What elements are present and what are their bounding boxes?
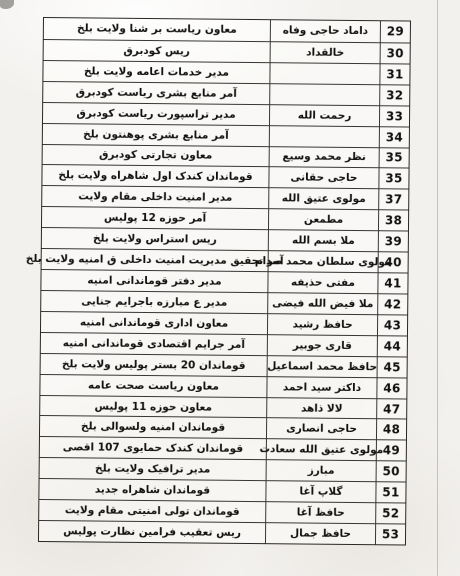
position-cell: مدیر ع مبارزه باجرایم جنایی bbox=[41, 291, 267, 313]
position-cell: آمر منابع بشری ریاست کودبرق bbox=[43, 82, 269, 104]
row-number-cell: 41 bbox=[377, 273, 407, 293]
position-cell: قوماندان کندک حمایوی 107 اقصی bbox=[40, 437, 266, 459]
name-cell: ملا بسم الله bbox=[268, 230, 378, 251]
name-cell: نظر محمد وسیع bbox=[269, 147, 379, 168]
name-cell: حافظ رشید bbox=[267, 314, 377, 335]
position-cell: مدیر ترافیک ولایت بلخ bbox=[40, 458, 266, 480]
row-number-cell: 49 bbox=[376, 441, 406, 461]
name-cell: حافظ محمد اسماعیل bbox=[267, 356, 377, 377]
row-number-cell: 32 bbox=[379, 85, 409, 105]
position-cell: معاون ریاست بر شنا ولایت بلخ bbox=[44, 18, 270, 41]
name-cell: رحمت الله bbox=[269, 105, 379, 126]
officials-table: معاون ریاست بر شنا ولایت بلخ داماد حاجی … bbox=[38, 17, 411, 546]
position-cell: ریس تعقیب فرامین نظارت پولیس bbox=[39, 521, 265, 543]
row-number-cell: 39 bbox=[378, 231, 408, 251]
row-number-cell: 31 bbox=[379, 64, 409, 84]
position-cell: مدیر دفتر قوماندانی امنیه bbox=[41, 270, 267, 292]
name-cell bbox=[269, 84, 379, 105]
position-cell: آمر جرایم اقتصادی قوماندانی امنیه bbox=[41, 333, 267, 355]
position-cell: قوماندان شاهراه جدید bbox=[39, 479, 265, 501]
name-cell bbox=[269, 126, 379, 147]
name-cell: خالقداد bbox=[270, 42, 380, 63]
position-cell: مدیر خدمات اعامه ولایت بلخ bbox=[43, 61, 269, 83]
row-number-cell: 45 bbox=[377, 357, 407, 377]
row-number-cell: 42 bbox=[377, 294, 407, 314]
row-number-cell: 46 bbox=[376, 378, 406, 398]
page-fold-line bbox=[437, 0, 438, 576]
row-number-cell: 34 bbox=[379, 127, 409, 147]
row-number-cell: 51 bbox=[375, 482, 405, 502]
name-cell bbox=[269, 63, 379, 84]
name-cell: گلاپ آغا bbox=[265, 481, 375, 502]
position-cell: مدیر امنیت داخلی مقام ولایت bbox=[42, 186, 268, 208]
row-number-cell: 43 bbox=[377, 315, 407, 335]
row-number-cell: 35 bbox=[379, 148, 409, 168]
position-cell: معاون اداری قوماندانی امنیه bbox=[41, 312, 267, 334]
name-cell: مفتی حذیفه bbox=[267, 272, 377, 293]
position-cell: قوماندان 20 بستر پولیس ولایت بلخ bbox=[41, 354, 267, 376]
name-cell: مطمعن bbox=[268, 209, 378, 230]
name-cell: حافظ آغا bbox=[265, 502, 375, 523]
position-cell: آمر تحقیق مدیریت امنیت داخلی ق امنیه ولا… bbox=[42, 249, 268, 271]
name-cell: داکتر سید احمد bbox=[266, 377, 376, 398]
position-cell: ریس استراس ولایت بلخ bbox=[42, 228, 268, 250]
table-row: ریس تعقیب فرامین نظارت پولیس حافظ جمال 5… bbox=[39, 520, 405, 544]
scanned-page: معاون ریاست بر شنا ولایت بلخ داماد حاجی … bbox=[0, 0, 460, 576]
name-cell: قاری جوبیر bbox=[267, 335, 377, 356]
scan-smudge-artifact bbox=[0, 0, 14, 9]
position-cell: آمر منابع بشری پوهنتون بلخ bbox=[43, 124, 269, 146]
row-number-cell: 30 bbox=[380, 43, 410, 63]
name-cell: لالا ذاهد bbox=[266, 398, 376, 419]
name-cell: حاجی انصاری bbox=[266, 419, 376, 440]
position-cell: ریس کودبرق bbox=[44, 40, 270, 62]
name-cell: حافظ جمال bbox=[265, 523, 375, 544]
name-cell: مولوی عتیق الله سعادت bbox=[266, 440, 376, 461]
row-number-cell: 37 bbox=[378, 190, 408, 210]
row-number-cell: 48 bbox=[376, 420, 406, 440]
position-cell: آمر حوزه 12 پولیس bbox=[42, 207, 268, 229]
row-number-cell: 52 bbox=[375, 503, 405, 523]
row-number-cell: 53 bbox=[375, 524, 405, 544]
position-cell: معاون حوزه 11 پولیس bbox=[40, 396, 266, 418]
position-cell: قوماندان امنیه ولسوالی بلخ bbox=[40, 416, 266, 438]
position-cell: معاون ریاست صحت عامه bbox=[40, 375, 266, 397]
name-cell: داماد حاجی وفاه bbox=[270, 20, 380, 42]
row-number-cell: 40 bbox=[378, 252, 408, 272]
name-cell: مولوی سلطان محمد صدام bbox=[268, 251, 378, 272]
row-number-cell: 44 bbox=[377, 336, 407, 356]
position-cell: مدیر تراسپورت ریاست کودبرق bbox=[43, 103, 269, 125]
name-cell: حاجی حقانی bbox=[268, 168, 378, 189]
row-number-cell: 33 bbox=[379, 106, 409, 126]
position-cell: معاون تجارتی کودبرق bbox=[43, 145, 269, 167]
name-cell: مبارز bbox=[266, 460, 376, 481]
name-cell: ملا فیض الله فیضی bbox=[267, 293, 377, 314]
name-cell: مولوی عتیق الله bbox=[268, 189, 378, 210]
row-number-cell: 29 bbox=[380, 21, 410, 42]
row-number-cell: 50 bbox=[376, 462, 406, 482]
row-number-cell: 47 bbox=[376, 399, 406, 419]
position-cell: قوماندان تولی امنیتی مقام ولایت bbox=[39, 500, 265, 522]
row-number-cell: 35 bbox=[378, 169, 408, 189]
row-number-cell: 38 bbox=[378, 210, 408, 230]
position-cell: قوماندان کندک اول شاهراه ولایت بلخ bbox=[42, 165, 268, 187]
